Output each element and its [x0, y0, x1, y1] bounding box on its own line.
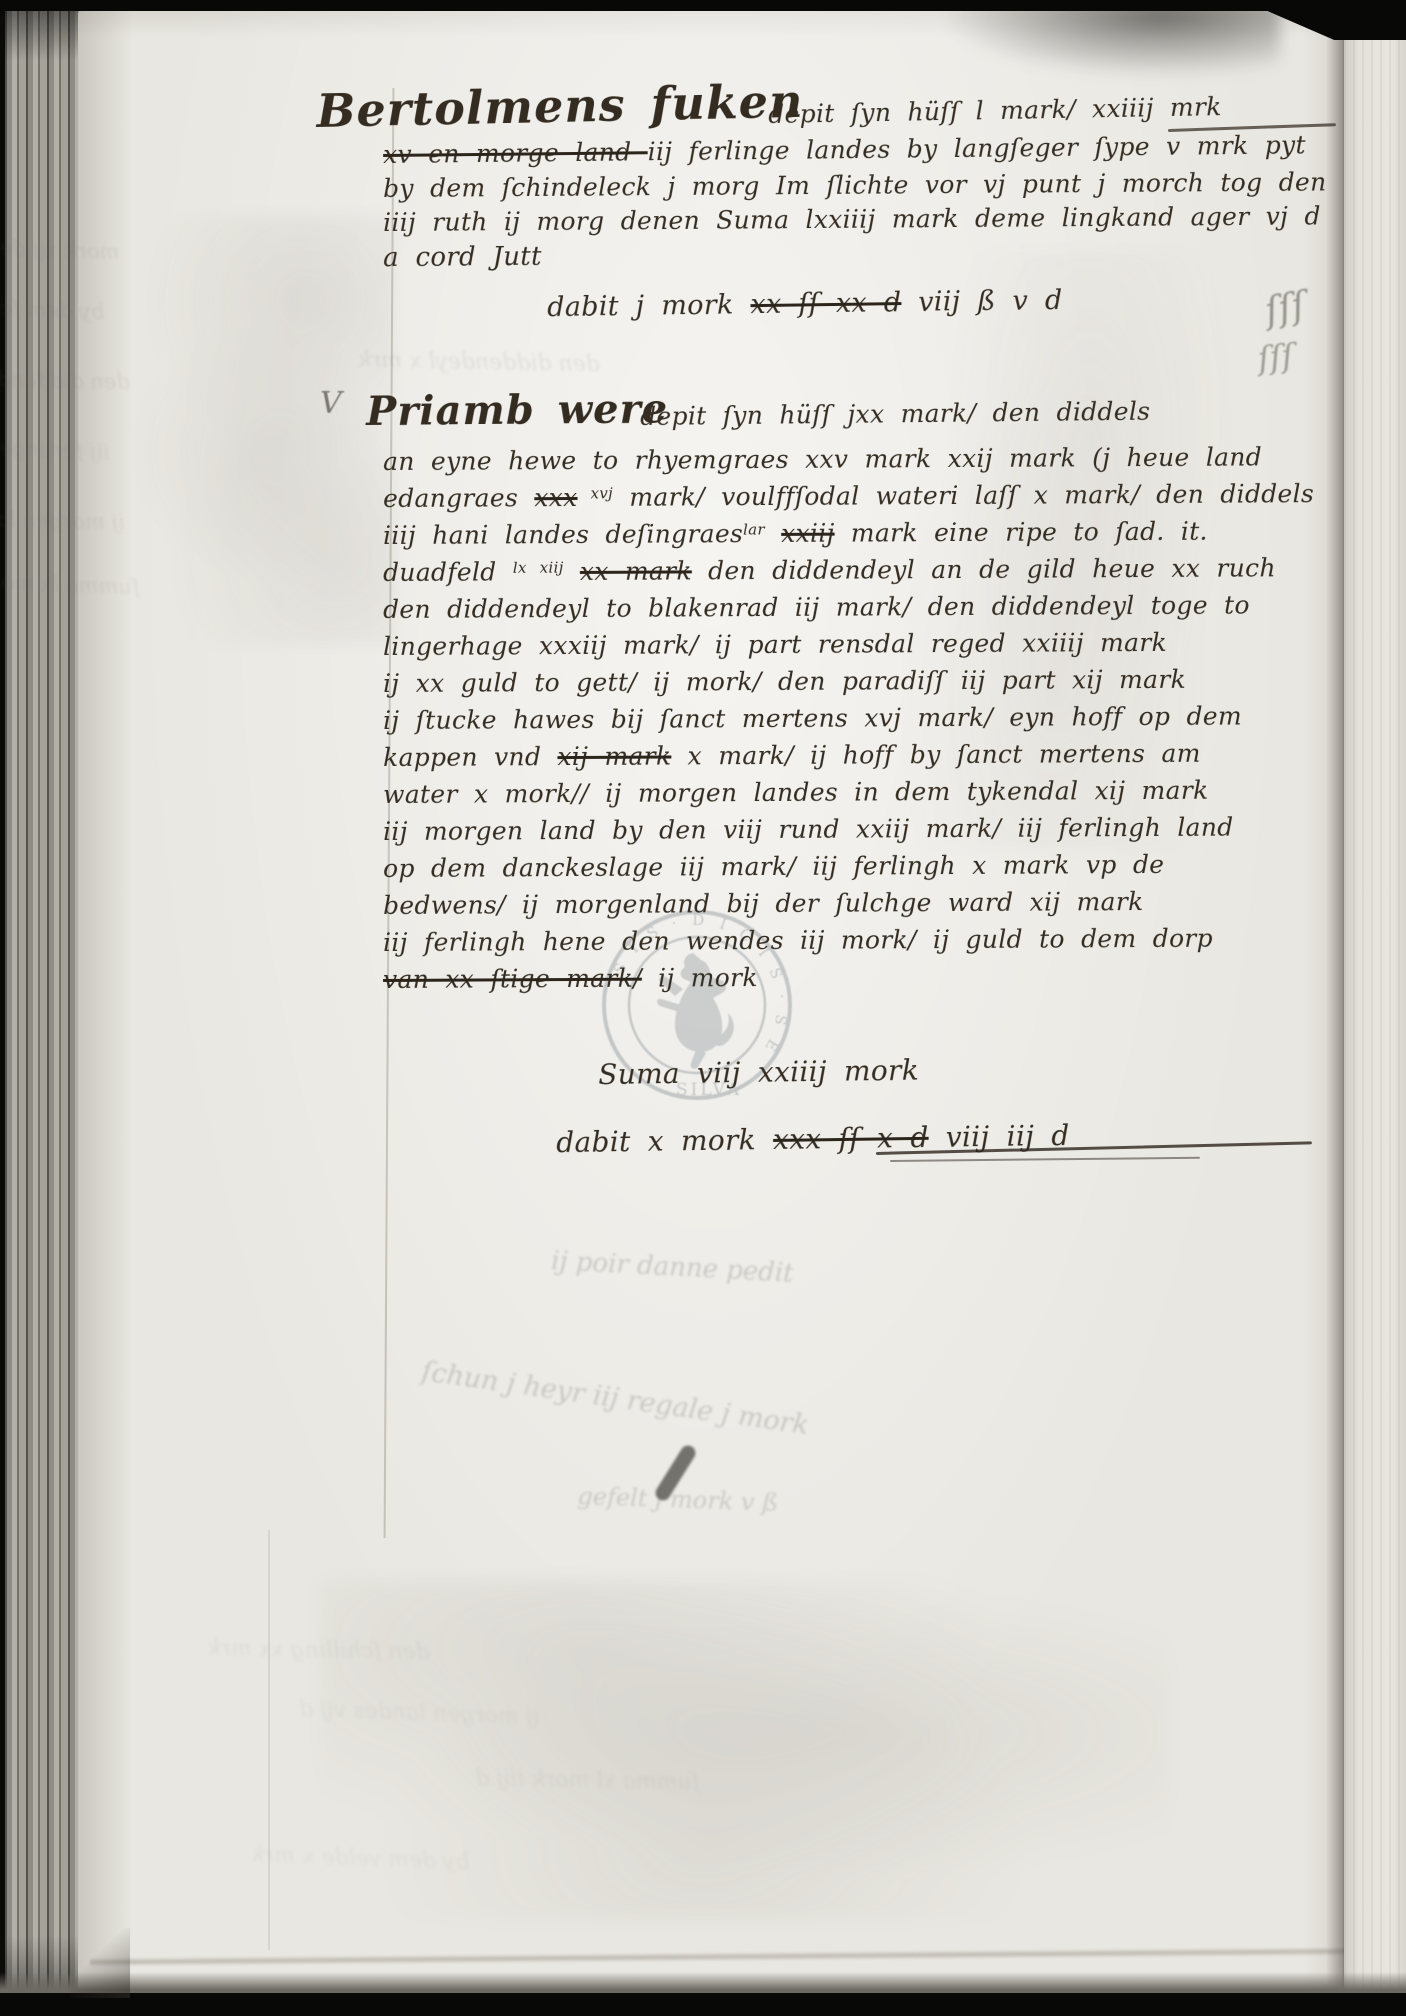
- script-line: op dem danckeslage iij mark/ iij ferling…: [383, 850, 1164, 883]
- script-text: [564, 557, 580, 586]
- script-line: iiij hani landes deſingraeslar xxiij mar…: [383, 517, 1208, 550]
- script-text: an eyne hewe to rhyemgraes xxv mark xxij…: [383, 442, 1262, 476]
- script-text: kappen vnd: [383, 742, 558, 772]
- script-text: edangraes: [383, 483, 534, 513]
- scan-border-top: [0, 0, 1406, 11]
- script-line: a cord Jutt: [383, 242, 542, 273]
- struck-text: van xx ſtige mark/: [383, 964, 642, 994]
- script-text: op dem danckeslage iij mark/ iij ferling…: [383, 850, 1164, 883]
- struck-text: xx ſſ xx d: [750, 287, 901, 320]
- script-text: mark/ voulffſodal wateri laſſ x mark/ de…: [613, 479, 1314, 512]
- script-line: kappen vnd xij mark x mark/ ij hoff by ſ…: [383, 739, 1201, 772]
- paper-crease: [268, 1530, 270, 1950]
- script-text: ij mork: [642, 963, 758, 993]
- showthrough-ghost-text: den diddendeyl xx mork: [0, 366, 130, 394]
- script-text: duadfeld: [383, 557, 513, 587]
- script-text: mark eine ripe to ſad. it.: [835, 517, 1208, 548]
- interlinear-insertion: lar: [743, 521, 765, 539]
- script-text: a cord Jutt: [383, 242, 542, 273]
- entry2-summa: Suma viij xxiiij mork: [598, 1054, 919, 1091]
- next-page-edge: [1344, 30, 1406, 1992]
- scanned-page: S I S · D I C I S · S E SILVA ſſſſſſmork…: [0, 0, 1406, 2016]
- script-line: lingerhage xxxiij mark/ ij part rensdal …: [383, 628, 1167, 661]
- script-line: van xx ſtige mark/ ij mork: [383, 963, 758, 994]
- entry2-heading: Priamb were: [366, 385, 668, 435]
- script-text: dabit j mork: [547, 289, 751, 323]
- margin-flourish: ſſſ: [1256, 336, 1295, 378]
- scan-border-bottom: [0, 1993, 1406, 2016]
- script-line: duadfeld lx xiij xx mark den diddendeyl …: [383, 553, 1276, 587]
- script-text: iiij hani landes deſingraes: [383, 519, 743, 550]
- script-text: bedwens/ ij morgenland bij der ſulchge w…: [383, 887, 1144, 920]
- script-line: water x mork// ij morgen landes in dem t…: [383, 776, 1209, 809]
- entry2-heading-cont: depit ſyn hüſſ jxx mark/ den diddels: [640, 397, 1150, 431]
- script-line: an eyne hewe to rhyemgraes xxv mark xxij…: [383, 442, 1262, 476]
- script-text: Suma viij xxiiij mork: [598, 1054, 919, 1091]
- script-line: den diddendeyl to blakenrad iij mark/ de…: [383, 590, 1250, 624]
- entry1-heading: Bertolmens fuken: [316, 74, 804, 138]
- script-text: x mark/ ij hoff by ſanct mertens am: [671, 739, 1200, 771]
- page-corner-shadow: [70, 1928, 130, 1998]
- script-text: viij ß v d: [901, 285, 1063, 318]
- script-line: ij ſtucke hawes bij ſanct mertens xvj ma…: [383, 702, 1242, 735]
- struck-text: xx mark: [580, 556, 692, 586]
- script-text: Bertolmens fuken: [316, 74, 804, 138]
- margin-letter-v: V: [320, 386, 342, 421]
- interlinear-insertion: lx xiij: [513, 559, 564, 577]
- script-text: Priamb were: [366, 385, 668, 435]
- script-text: ij ſtucke hawes bij ſanct mertens xvj ma…: [383, 702, 1242, 735]
- script-text: dabit x mork: [556, 1123, 773, 1159]
- struck-text: xxiij: [781, 519, 835, 548]
- showthrough-ghost-text: den ſchilling xx mrk: [207, 1636, 430, 1665]
- showthrough-ghost-text: ſumma xl mork iiij d: [475, 1766, 700, 1795]
- script-line: ij xx guld to gett/ ij mork/ den paradiſ…: [383, 665, 1186, 698]
- script-text: iij morgen land by den viij rund xxiij m…: [383, 813, 1234, 846]
- page-bottom-shading: [0, 1972, 1406, 1994]
- script-line: iij morgen land by den viij rund xxiij m…: [383, 813, 1234, 846]
- script-line: edangraes xxx xvj mark/ voulffſodal wate…: [383, 479, 1314, 513]
- interlinear-insertion: xvj: [577, 484, 613, 502]
- script-line: iij ferlingh hene den wendes iij mork/ i…: [383, 924, 1213, 957]
- script-text: ij xx guld to gett/ ij mork/ den paradiſ…: [383, 665, 1186, 698]
- script-text: water x mork// ij morgen landes in dem t…: [383, 776, 1209, 809]
- showthrough-ghost-text: ij morgen land x mrk: [0, 506, 125, 534]
- script-text: lingerhage xxxiij mark/ ij part rensdal …: [383, 628, 1167, 661]
- showthrough-ghost-text: ſumma lx mork: [0, 569, 140, 599]
- script-text: depit ſyn hüſſ jxx mark/ den diddels: [640, 397, 1150, 431]
- showthrough-ghost-text: den diddendeyl x mrk: [357, 348, 600, 377]
- script-text: iij ferlingh hene den wendes iij mork/ i…: [383, 924, 1213, 957]
- struck-text: xxx: [534, 483, 577, 512]
- script-line: bedwens/ ij morgenland bij der ſulchge w…: [383, 887, 1144, 920]
- script-text: den diddendeyl to blakenrad iij mark/ de…: [383, 590, 1250, 624]
- script-text: [765, 519, 781, 548]
- struck-text: xij mark: [557, 741, 671, 771]
- margin-flourish: ſſſ: [1262, 285, 1308, 332]
- struck-text: xv en morge land: [383, 137, 648, 169]
- script-text: den diddendeyl an de gild heue xx ruch: [692, 553, 1276, 585]
